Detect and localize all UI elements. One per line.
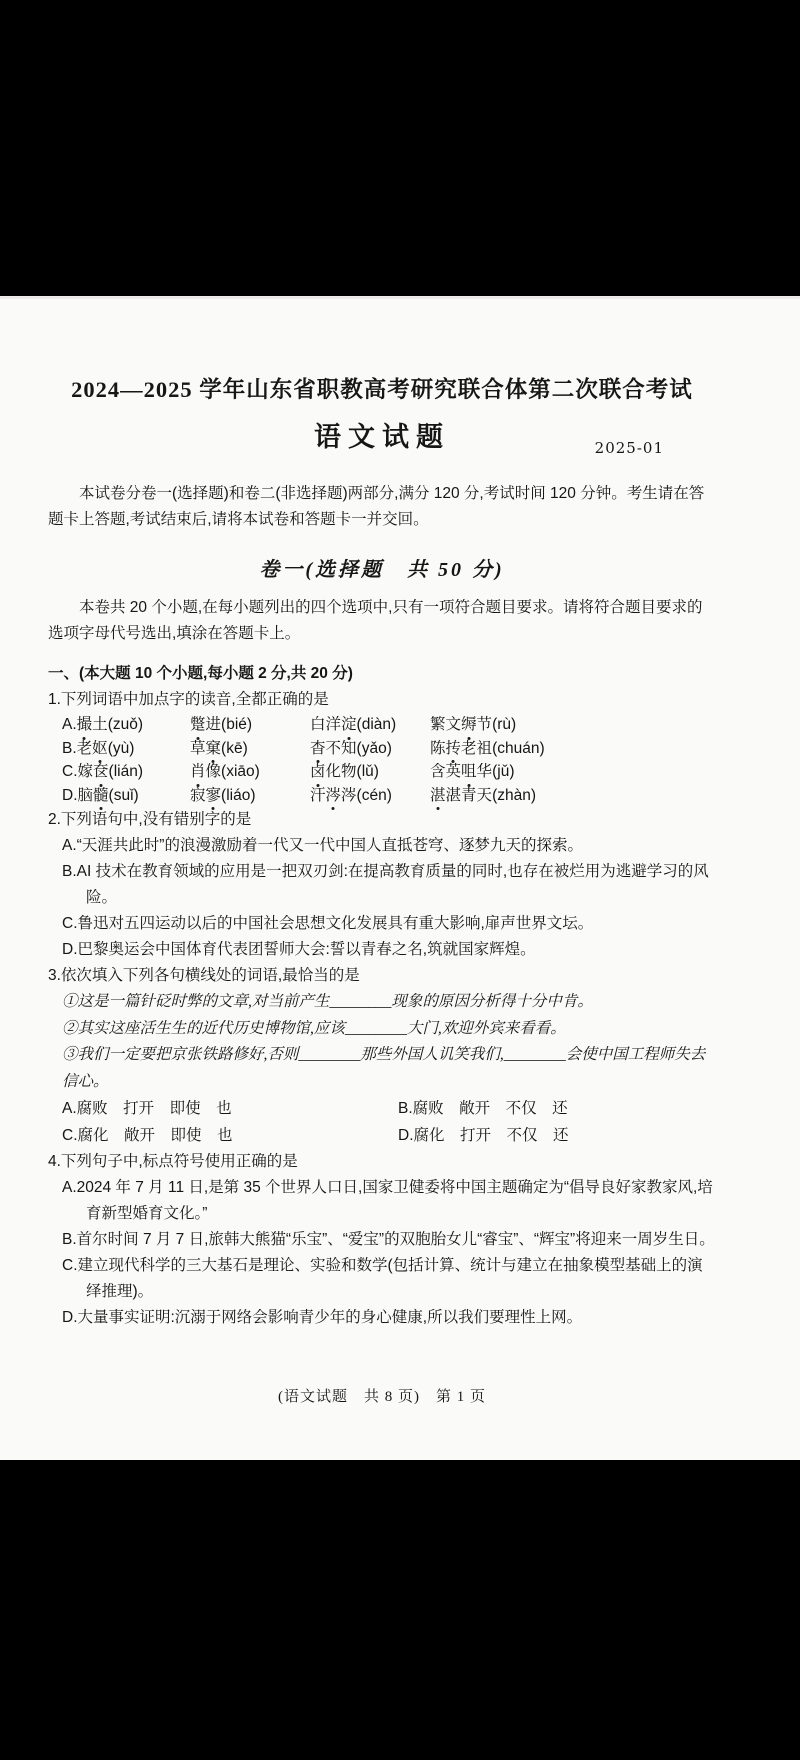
pronunciation-term: 杳不知(yǎo): [310, 737, 430, 761]
question3-stem: 3.依次填入下列各句横线处的词语,最恰当的是: [48, 963, 716, 989]
pronunciation-row: B.老妪(yù)草窠(kē)杳不知(yǎo)陈抟老祖(chuán): [62, 737, 716, 761]
question2-stem: 2.下列语句中,没有错别字的是: [48, 807, 716, 833]
pronunciation-term: 陈抟老祖(chuán): [430, 737, 716, 761]
pronunciation-term: 湛湛青天(zhàn): [430, 784, 716, 808]
question1-stem: 1.下列词语中加点字的读音,全都正确的是: [48, 687, 716, 713]
pronunciation-term: 蹩进(bié): [190, 713, 310, 737]
q3-options: A.腐败 打开 即使 也B.腐败 敞开 不仅 还C.腐化 敞开 即使 也D.腐化…: [62, 1095, 716, 1149]
pronunciation-term: 含英咀华(jǔ): [430, 760, 716, 784]
pronunciation-term: 白洋淀(diàn): [310, 713, 430, 737]
pronunciation-term: 卤化物(lǔ): [310, 760, 430, 784]
q2-option: C.鲁迅对五四运动以后的中国社会思想文化发展具有重大影响,扉声世界文坛。: [62, 911, 716, 937]
exam-date-code: 2025-01: [595, 439, 664, 457]
pronunciation-term: C.嫁奁(lián): [62, 760, 190, 784]
page-footer: (语文试题 共 8 页) 第 1 页: [48, 1385, 716, 1406]
subject-title-row: 语文试题 2025-01: [48, 417, 716, 457]
section1-note: 本卷共 20 个小题,在每小题列出的四个选项中,只有一项符合题目要求。请将符合题…: [48, 595, 716, 647]
pronunciation-term: 繁文缛节(rù): [430, 713, 716, 737]
q3-sentences: ①这是一篇针砭时弊的文章,对当前产生________现象的原因分析得十分中肯。②…: [48, 989, 716, 1095]
q4-option: C.建立现代科学的三大基石是理论、实验和数学(包括计算、统计与建立在抽象模型基础…: [62, 1253, 716, 1305]
pronunciation-term: 肖像(xiāo): [190, 760, 310, 784]
q3-sentence: ②其实这座活生生的近代历史博物馆,应该________大门,欢迎外宾来看看。: [62, 1016, 716, 1043]
q1-word-table: A.撮土(zuǒ)蹩进(bié)白洋淀(diàn)繁文缛节(rù)B.老妪(yù…: [62, 713, 716, 807]
exam-paper-page: 2024—2025 学年山东省职教高考研究联合体第二次联合考试 语文试题 202…: [0, 296, 800, 1460]
q3-option: D.腐化 打开 不仅 还: [398, 1122, 716, 1149]
pronunciation-row: D.脑髓(suǐ)寂寥(liáo)汗涔涔(cén)湛湛青天(zhàn): [62, 784, 716, 808]
q4-options: A.2024 年 7 月 11 日,是第 35 个世界人口日,国家卫健委将中国主…: [48, 1175, 716, 1331]
letterbox-bottom: [0, 1460, 800, 1760]
exam-header-title: 2024—2025 学年山东省职教高考研究联合体第二次联合考试: [48, 375, 716, 405]
pronunciation-row: C.嫁奁(lián)肖像(xiāo)卤化物(lǔ)含英咀华(jǔ): [62, 760, 716, 784]
q2-option: B.AI 技术在教育领域的应用是一把双刃剑:在提高教育质量的同时,也存在被烂用为…: [62, 859, 716, 911]
q4-option: D.大量事实证明:沉溺于网络会影响青少年的身心健康,所以我们要理性上网。: [62, 1305, 716, 1331]
question4-stem: 4.下列句子中,标点符号使用正确的是: [48, 1149, 716, 1175]
pronunciation-term: 汗涔涔(cén): [310, 784, 430, 808]
q3-sentence: ①这是一篇针砭时弊的文章,对当前产生________现象的原因分析得十分中肯。: [62, 989, 716, 1016]
q3-sentence: ③我们一定要把京张铁路修好,否则________那些外国人讥笑我们,______…: [62, 1042, 716, 1095]
q4-option: B.首尔时间 7 月 7 日,旅韩大熊猫“乐宝”、“爱宝”的双胞胎女儿“睿宝”、…: [62, 1227, 716, 1253]
pronunciation-term: D.脑髓(suǐ): [62, 784, 190, 808]
part1-title: 一、(本大题 10 个小题,每小题 2 分,共 20 分): [48, 661, 716, 687]
pronunciation-row: A.撮土(zuǒ)蹩进(bié)白洋淀(diàn)繁文缛节(rù): [62, 713, 716, 737]
q3-option: B.腐败 敞开 不仅 还: [398, 1095, 716, 1122]
q3-option: C.腐化 敞开 即使 也: [62, 1122, 398, 1149]
q2-option: D.巴黎奥运会中国体育代表团誓师大会:誓以青春之名,筑就国家辉煌。: [62, 937, 716, 963]
q2-option: A.“天涯共此时”的浪漫激励着一代又一代中国人直抵苍穹、逐梦九天的探索。: [62, 833, 716, 859]
pronunciation-term: A.撮土(zuǒ): [62, 713, 190, 737]
q4-option: A.2024 年 7 月 11 日,是第 35 个世界人口日,国家卫健委将中国主…: [62, 1175, 716, 1227]
pronunciation-term: 寂寥(liáo): [190, 784, 310, 808]
subject-title: 语文试题: [314, 422, 450, 452]
q3-option: A.腐败 打开 即使 也: [62, 1095, 398, 1122]
section1-title: 卷一(选择题 共 50 分): [48, 555, 716, 585]
letterbox-top: [0, 0, 800, 296]
exam-instructions: 本试卷分卷一(选择题)和卷二(非选择题)两部分,满分 120 分,考试时间 12…: [48, 481, 716, 533]
pronunciation-term: B.老妪(yù): [62, 737, 190, 761]
pronunciation-term: 草窠(kē): [190, 737, 310, 761]
q2-options: A.“天涯共此时”的浪漫激励着一代又一代中国人直抵苍穹、逐梦九天的探索。B.AI…: [48, 833, 716, 963]
